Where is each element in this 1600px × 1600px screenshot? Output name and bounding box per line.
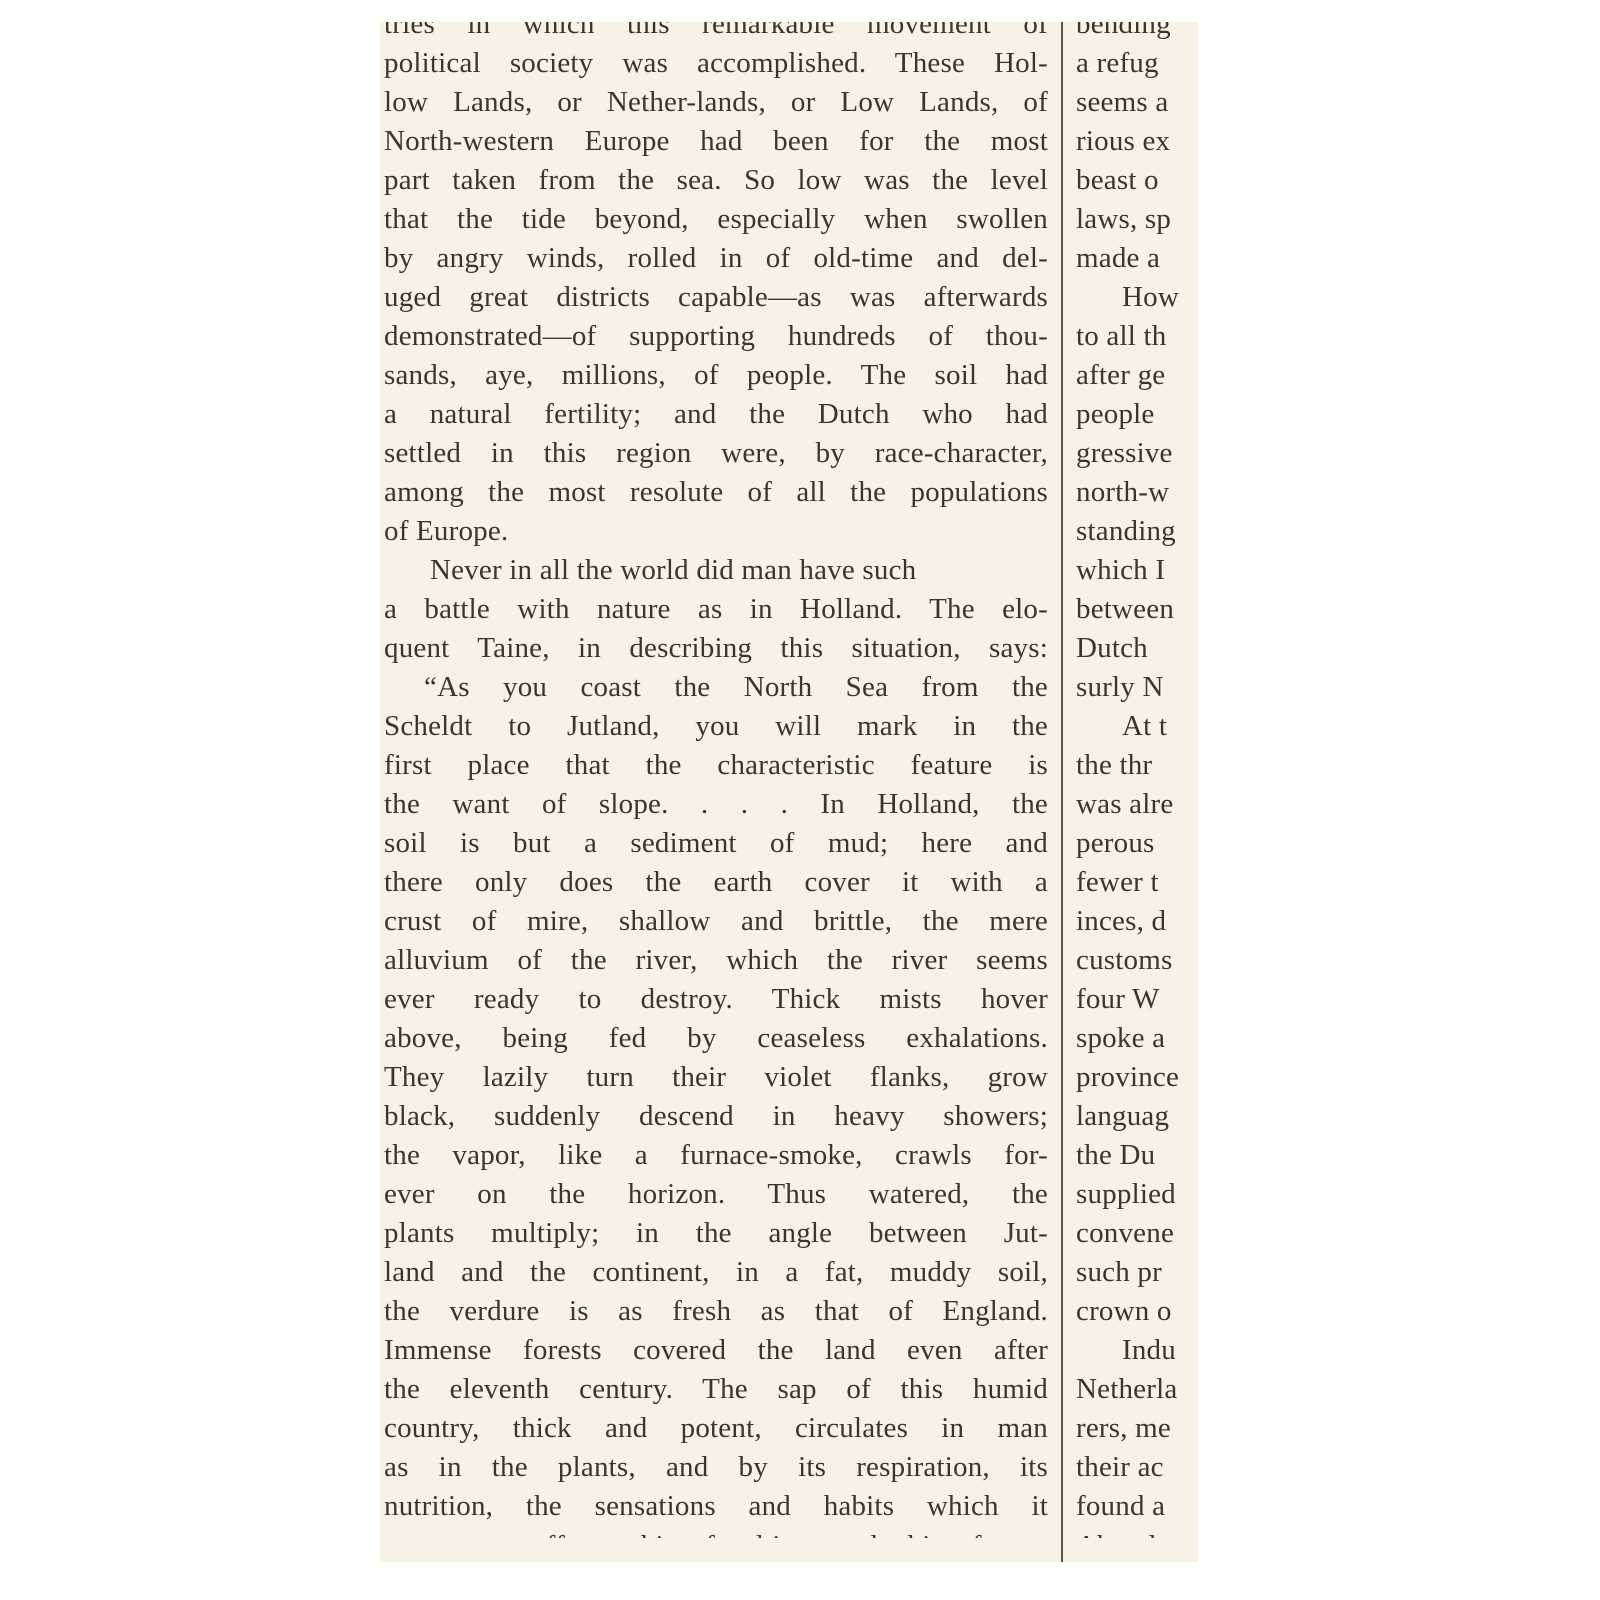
text-line: the Du	[1076, 1136, 1198, 1175]
text-line: among the most resolute of all the popul…	[384, 473, 1048, 512]
text-line: standing	[1076, 512, 1198, 551]
text-line: soil is but a sediment of mud; here and	[384, 824, 1048, 863]
text-line: Never in all the world did man have such	[384, 551, 1048, 590]
text-line: nutrition, the sensations and habits whi…	[384, 1487, 1048, 1526]
text-line: North-western Europe had been for the mo…	[384, 122, 1048, 161]
text-line: spoke a	[1076, 1019, 1198, 1058]
text-line: Immense forests covered the land even af…	[384, 1331, 1048, 1370]
text-line: that the tide beyond, especially when sw…	[384, 200, 1048, 239]
text-line: ever ready to destroy. Thick mists hover	[384, 980, 1048, 1019]
text-line: which I	[1076, 551, 1198, 590]
text-line: How	[1076, 278, 1198, 317]
text-line: sands, aye, millions, of people. The soi…	[384, 356, 1048, 395]
text-line: the eleventh century. The sap of this hu…	[384, 1370, 1048, 1409]
text-line: people	[1076, 395, 1198, 434]
text-line: above, being fed by ceaseless exhalation…	[384, 1019, 1048, 1058]
text-line: four W	[1076, 980, 1198, 1019]
text-line: their ac	[1076, 1448, 1198, 1487]
text-line: quent Taine, in describing this situatio…	[384, 629, 1048, 668]
text-line: fewer t	[1076, 863, 1198, 902]
text-line: rious ex	[1076, 122, 1198, 161]
text-line: province	[1076, 1058, 1198, 1097]
text-line: perous	[1076, 824, 1198, 863]
text-line: black, suddenly descend in heavy showers…	[384, 1097, 1048, 1136]
text-line: the want of slope. . . . In Holland, the	[384, 785, 1048, 824]
left-text-column: tries in which this remarkable movement …	[384, 22, 1048, 1538]
text-line: customs	[1076, 941, 1198, 980]
text-line: languag	[1076, 1097, 1198, 1136]
text-line: At t	[1076, 707, 1198, 746]
text-line: supplied	[1076, 1175, 1198, 1214]
text-line: plants multiply; in the angle between Ju…	[384, 1214, 1048, 1253]
text-line: “As you coast the North Sea from the	[384, 668, 1048, 707]
text-line: generates, affects his faculties and his…	[384, 1526, 1048, 1538]
text-line: the vapor, like a furnace-smoke, crawls …	[384, 1136, 1048, 1175]
text-line: to all th	[1076, 317, 1198, 356]
text-line: Abund	[1076, 1526, 1198, 1538]
text-line: Indu	[1076, 1331, 1198, 1370]
text-line: north-w	[1076, 473, 1198, 512]
text-line: gressive	[1076, 434, 1198, 473]
text-line: part taken from the sea. So low was the …	[384, 161, 1048, 200]
text-line: surly N	[1076, 668, 1198, 707]
text-line: convene	[1076, 1214, 1198, 1253]
text-line: Scheldt to Jutland, you will mark in the	[384, 707, 1048, 746]
text-line: inces, d	[1076, 902, 1198, 941]
column-divider-rule	[1061, 22, 1063, 1562]
text-line: alluvium of the river, which the river s…	[384, 941, 1048, 980]
text-line: land and the continent, in a fat, muddy …	[384, 1253, 1048, 1292]
text-line: uged great districts capable—as was afte…	[384, 278, 1048, 317]
text-line: country, thick and potent, circulates in…	[384, 1409, 1048, 1448]
text-line: settled in this region were, by race-cha…	[384, 434, 1048, 473]
text-line: crust of mire, shallow and brittle, the …	[384, 902, 1048, 941]
text-line: there only does the earth cover it with …	[384, 863, 1048, 902]
text-line: a battle with nature as in Holland. The …	[384, 590, 1048, 629]
text-line: They lazily turn their violet flanks, gr…	[384, 1058, 1048, 1097]
text-line: of Europe.	[384, 512, 1048, 551]
text-line: crown o	[1076, 1292, 1198, 1331]
text-line: was alre	[1076, 785, 1198, 824]
text-line: between	[1076, 590, 1198, 629]
text-line: low Lands, or Nether-lands, or Low Lands…	[384, 83, 1048, 122]
text-line: a refug	[1076, 44, 1198, 83]
text-line: found a	[1076, 1487, 1198, 1526]
right-text-column: bendinga refugseems arious exbeast olaws…	[1076, 22, 1198, 1538]
text-line: a natural fertility; and the Dutch who h…	[384, 395, 1048, 434]
text-line: as in the plants, and by its respiration…	[384, 1448, 1048, 1487]
text-line: rers, me	[1076, 1409, 1198, 1448]
text-line: political society was accomplished. Thes…	[384, 44, 1048, 83]
text-line: such pr	[1076, 1253, 1198, 1292]
text-line: tries in which this remarkable movement …	[384, 22, 1048, 44]
text-line: Netherla	[1076, 1370, 1198, 1409]
text-line: ever on the horizon. Thus watered, the	[384, 1175, 1048, 1214]
text-line: laws, sp	[1076, 200, 1198, 239]
text-line: the thr	[1076, 746, 1198, 785]
text-line: by angry winds, rolled in of old-time an…	[384, 239, 1048, 278]
text-line: first place that the characteristic feat…	[384, 746, 1048, 785]
text-line: demonstrated—of supporting hundreds of t…	[384, 317, 1048, 356]
text-line: the verdure is as fresh as that of Engla…	[384, 1292, 1048, 1331]
scanned-page: tries in which this remarkable movement …	[380, 22, 1198, 1562]
text-line: beast o	[1076, 161, 1198, 200]
text-line: after ge	[1076, 356, 1198, 395]
text-line: made a	[1076, 239, 1198, 278]
text-line: seems a	[1076, 83, 1198, 122]
text-line: Dutch	[1076, 629, 1198, 668]
text-line: bending	[1076, 22, 1198, 44]
